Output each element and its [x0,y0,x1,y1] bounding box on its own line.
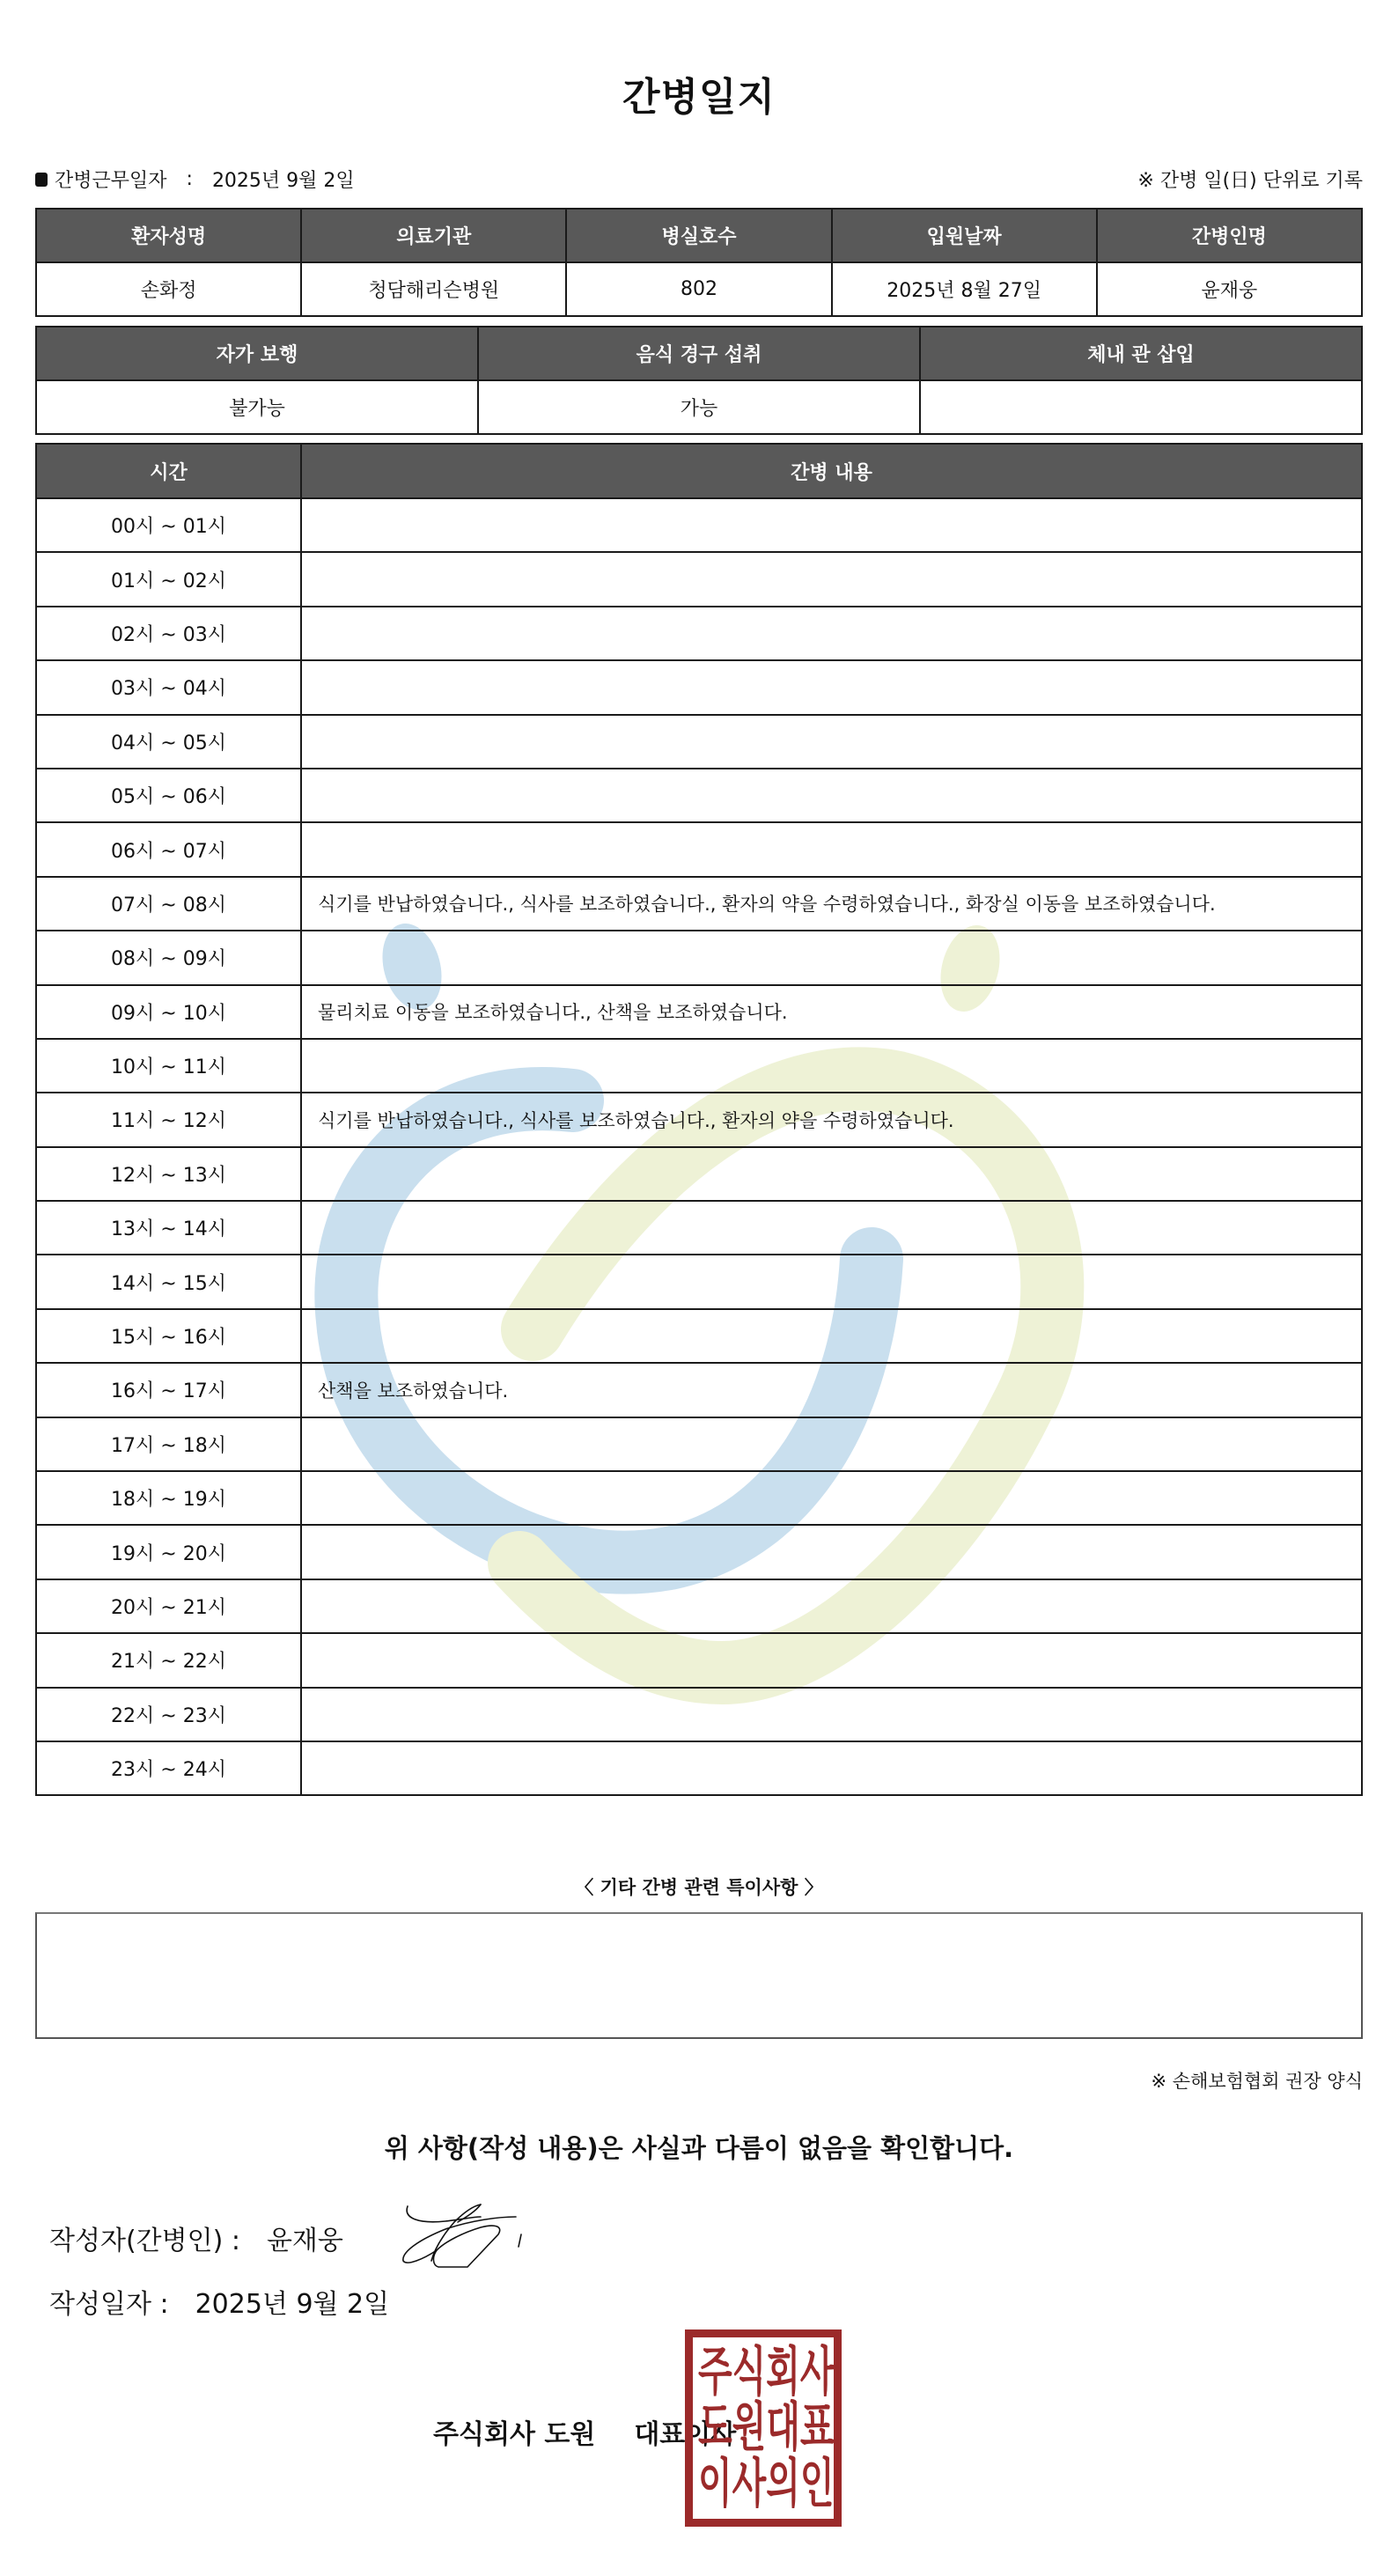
care-content [301,1039,1362,1093]
time-slot: 22시 ~ 23시 [36,1688,301,1741]
signature-image [384,2199,533,2270]
company-seal: 주식회사도원대표이사의인 [685,2329,842,2527]
confirmation-statement: 위 사항(작성 내용)은 사실과 다름이 없음을 확인합니다. [0,2129,1398,2165]
time-slot: 08시 ~ 09시 [36,931,301,984]
seal-character: 인 [800,2442,835,2526]
written-date-line: 작성일자 :2025년 9월 2일 [49,2282,389,2321]
table-row: 14시 ~ 15시 [36,1255,1362,1308]
care-content: 산책을 보조하였습니다. [301,1363,1362,1417]
time-slot: 12시 ~ 13시 [36,1147,301,1201]
care-content [301,1471,1362,1525]
header-time: 시간 [36,444,301,498]
care-content [301,931,1362,984]
table-row: 22시 ~ 23시 [36,1688,1362,1741]
table-row: 10시 ~ 11시 [36,1039,1362,1093]
patient-status-table: 자가 보행 음식 경구 섭취 체내 관 삽입 불가능 가능 [35,326,1363,435]
care-content [301,769,1362,822]
writer-name: 윤재웅 [267,2226,343,2256]
time-slot: 16시 ~ 17시 [36,1363,301,1417]
time-slot: 21시 ~ 22시 [36,1633,301,1687]
work-date-separator: : [187,168,193,190]
written-date-label: 작성일자 : [49,2289,169,2320]
time-slot: 07시 ~ 08시 [36,877,301,931]
seal-character: 이 [698,2442,732,2526]
care-content: 식기를 반납하였습니다., 식사를 보조하였습니다., 환자의 약을 수령하였습… [301,1093,1362,1146]
table-row: 18시 ~ 19시 [36,1471,1362,1525]
time-slot: 15시 ~ 16시 [36,1309,301,1363]
header-tube-insertion: 체내 관 삽입 [920,327,1362,380]
table-row: 08시 ~ 09시 [36,931,1362,984]
care-content: 식기를 반납하였습니다., 식사를 보조하였습니다., 환자의 약을 수령하였습… [301,877,1362,931]
room-number: 802 [566,262,831,316]
table-row: 17시 ~ 18시 [36,1417,1362,1471]
care-content [301,1525,1362,1579]
table-row: 05시 ~ 06시 [36,769,1362,822]
time-slot: 19시 ~ 20시 [36,1525,301,1579]
caregiver-name: 윤재웅 [1097,262,1362,316]
table-row: 01시 ~ 02시 [36,552,1362,606]
time-slot: 11시 ~ 12시 [36,1093,301,1146]
table-row: 20시 ~ 21시 [36,1579,1362,1633]
time-slot: 05시 ~ 06시 [36,769,301,822]
table-row: 02시 ~ 03시 [36,607,1362,660]
seal-character: 의 [766,2442,800,2526]
care-content [301,1633,1362,1687]
care-log-table: 시간 간병 내용 00시 ~ 01시01시 ~ 02시02시 ~ 03시03시 … [35,443,1363,1796]
self-walking: 불가능 [36,380,478,434]
time-slot: 18시 ~ 19시 [36,1471,301,1525]
time-slot: 13시 ~ 14시 [36,1201,301,1255]
header-patient-name: 환자성명 [36,209,301,262]
writer-label: 작성자(간병인) : [49,2226,240,2256]
care-content [301,1688,1362,1741]
writer-line: 작성자(간병인) :윤재웅 [49,2219,343,2257]
company-name: 주식회사 도원 [433,2419,595,2450]
time-slot: 14시 ~ 15시 [36,1255,301,1308]
page-title: 간병일지 [0,65,1398,121]
table-row: 03시 ~ 04시 [36,660,1362,714]
time-slot: 01시 ~ 02시 [36,552,301,606]
table-row: 12시 ~ 13시 [36,1147,1362,1201]
table-row: 19시 ~ 20시 [36,1525,1362,1579]
time-slot: 02시 ~ 03시 [36,607,301,660]
time-slot: 00시 ~ 01시 [36,498,301,552]
header-oral-intake: 음식 경구 섭취 [478,327,920,380]
hospital: 청담해리슨병원 [301,262,566,316]
oral-intake: 가능 [478,380,920,434]
work-date-label: 간병근무일자 [55,166,167,193]
header-hospital: 의료기관 [301,209,566,262]
care-content [301,1147,1362,1201]
time-slot: 17시 ~ 18시 [36,1417,301,1471]
time-slot: 03시 ~ 04시 [36,660,301,714]
admission-date: 2025년 8월 27일 [832,262,1097,316]
table-row: 16시 ~ 17시산책을 보조하였습니다. [36,1363,1362,1417]
care-content [301,1417,1362,1471]
care-content [301,715,1362,769]
time-slot: 06시 ~ 07시 [36,822,301,876]
header-caregiver-name: 간병인명 [1097,209,1362,262]
notes-box [35,1912,1363,2039]
work-date-value: 2025년 9월 2일 [212,166,355,193]
care-content [301,1741,1362,1795]
seal-character: 사 [732,2442,767,2526]
care-content [301,1309,1362,1363]
care-content [301,1579,1362,1633]
table-row: 13시 ~ 14시 [36,1201,1362,1255]
table-row: 15시 ~ 16시 [36,1309,1362,1363]
table-row: 23시 ~ 24시 [36,1741,1362,1795]
record-note: ※ 간병 일(日) 단위로 기록 [1137,166,1363,193]
care-content [301,822,1362,876]
time-slot: 23시 ~ 24시 [36,1741,301,1795]
care-content: 물리치료 이동을 보조하였습니다., 산책을 보조하였습니다. [301,985,1362,1039]
care-content [301,552,1362,606]
table-row: 00시 ~ 01시 [36,498,1362,552]
header-room-number: 병실호수 [566,209,831,262]
table-row: 06시 ~ 07시 [36,822,1362,876]
time-slot: 20시 ~ 21시 [36,1579,301,1633]
notes-label: 〈 기타 간병 관련 특이사항 〉 [0,1873,1398,1900]
patient-name: 손화정 [36,262,301,316]
tube-insertion [920,380,1362,434]
time-slot: 10시 ~ 11시 [36,1039,301,1093]
patient-info-table: 환자성명 의료기관 병실호수 입원날짜 간병인명 손화정 청담해리슨병원 802… [35,208,1363,317]
header-care-content: 간병 내용 [301,444,1362,498]
care-content [301,1201,1362,1255]
care-content [301,1255,1362,1308]
work-date: 간병근무일자 : 2025년 9월 2일 [35,166,355,193]
table-row: 07시 ~ 08시식기를 반납하였습니다., 식사를 보조하였습니다., 환자의… [36,877,1362,931]
table-row: 09시 ~ 10시물리치료 이동을 보조하였습니다., 산책을 보조하였습니다. [36,985,1362,1039]
care-content [301,660,1362,714]
bullet-icon [35,173,48,187]
header-admission-date: 입원날짜 [832,209,1097,262]
care-content [301,498,1362,552]
header-self-walking: 자가 보행 [36,327,478,380]
table-row: 21시 ~ 22시 [36,1633,1362,1687]
table-row: 04시 ~ 05시 [36,715,1362,769]
care-content [301,607,1362,660]
written-date-value: 2025년 9월 2일 [195,2289,390,2320]
table-row: 11시 ~ 12시식기를 반납하였습니다., 식사를 보조하였습니다., 환자의… [36,1093,1362,1146]
time-slot: 04시 ~ 05시 [36,715,301,769]
time-slot: 09시 ~ 10시 [36,985,301,1039]
form-note: ※ 손해보험협회 권장 양식 [1152,2067,1363,2094]
